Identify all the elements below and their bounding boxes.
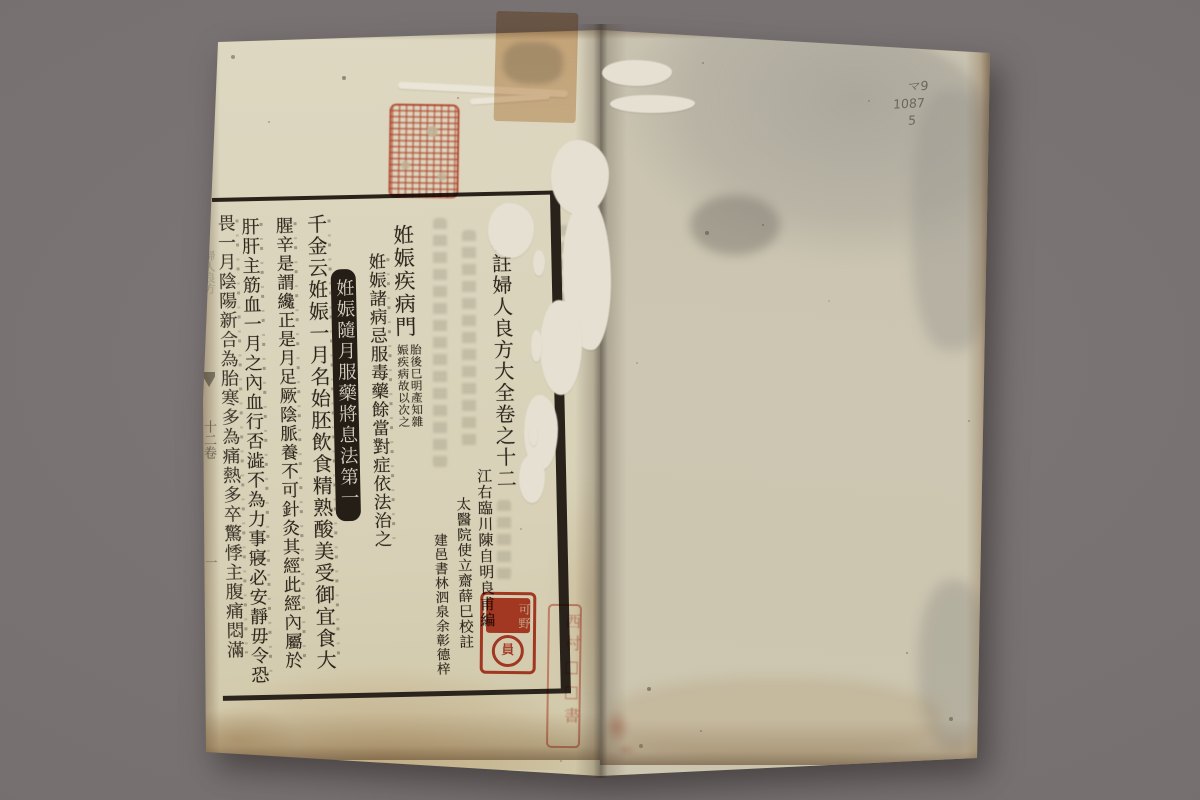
water-stain	[918, 580, 990, 750]
water-stain	[608, 678, 942, 760]
page-edge	[966, 48, 992, 764]
owner-seal-upper-chars: 可野	[486, 598, 530, 633]
water-stain	[912, 90, 994, 350]
volume-title-column: 校註婦人良方大全卷之十二	[490, 232, 516, 490]
intro-column: 姙娠諸病忌服毒藥餘當對症依法治之	[366, 252, 390, 548]
body-column-2: 腥辛是謂纔正是月足厥陰脈養不可針灸其經此經內屬於	[273, 216, 300, 670]
shelf-mark-line-3: 5	[908, 110, 957, 129]
section-note-left: 娠疾病故以次之	[396, 344, 409, 428]
page-edge	[200, 712, 602, 760]
photograph-stage: 婦人良方 十二卷 一 校註婦人良方大全卷之十二 江右臨川陳自明良甫編 太醫院使立…	[0, 0, 1200, 800]
library-seal-stamp	[388, 104, 459, 199]
foxing-specks	[0, 0, 2, 2]
water-stain	[690, 195, 780, 255]
folio-volume: 十二卷	[202, 420, 215, 459]
repair-tape	[494, 11, 579, 123]
author-column-3: 建邑書林泗泉余彰德梓	[431, 533, 448, 676]
body-column-1: 千金云姙娠一月名始胚飲食精熟酸美受御宜食大	[305, 214, 335, 672]
section-heading: 姙娠疾病門	[392, 224, 416, 339]
book-gutter-shadow	[575, 24, 627, 778]
owner-seal-stamp: 可野 員	[480, 592, 537, 674]
seal-wear	[390, 106, 457, 197]
folio-page-number: 一	[205, 556, 217, 568]
tape-showthrough	[503, 41, 564, 85]
page-edge	[600, 720, 985, 765]
fishtail-mark	[203, 372, 215, 387]
shelf-mark: マ9 1087 5	[892, 76, 959, 130]
foxing-specks	[0, 0, 2, 2]
owner-seal-lower-char: 員	[492, 635, 524, 667]
page-edge	[600, 28, 992, 39]
seal-offset-smudge	[612, 742, 640, 758]
body-column-4: 畏一月陰陽新合為胎寒多為痛熱多卒驚悸主腹痛悶滿	[215, 214, 243, 660]
author-column-2: 太醫院使立齋薛巳校註	[455, 496, 473, 649]
